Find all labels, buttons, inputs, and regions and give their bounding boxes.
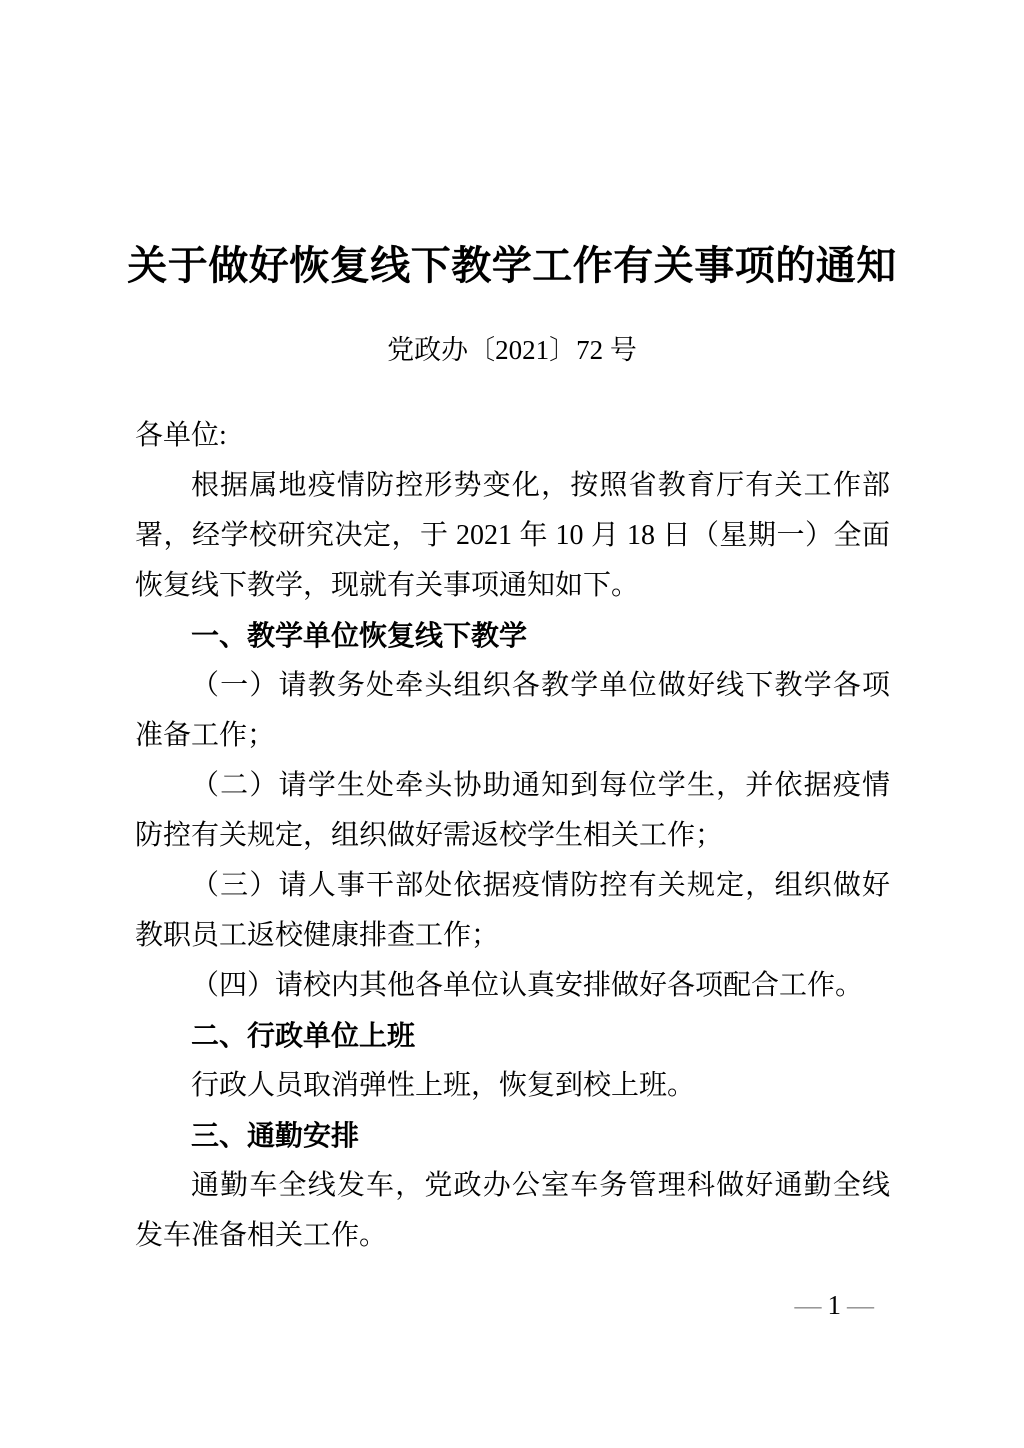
page-number: 1	[828, 1290, 842, 1320]
paragraph-intro: 根据属地疫情防控形势变化，按照省教育厅有关工作部署，经学校研究决定，于 2021…	[135, 461, 890, 611]
section-heading-2: 二、行政单位上班	[135, 1011, 890, 1061]
footer-dash-left: —	[789, 1290, 828, 1320]
paragraph-item-4: （四）请校内其他各单位认真安排做好各项配合工作。	[135, 961, 890, 1011]
section-heading-1: 一、教学单位恢复线下教学	[135, 611, 890, 661]
paragraph-section-3: 通勤车全线发车，党政办公室车务管理科做好通勤全线发车准备相关工作。	[135, 1161, 890, 1261]
page-footer: —1—	[789, 1290, 881, 1320]
paragraph-item-1: （一）请教务处牵头组织各教学单位做好线下教学各项准备工作；	[135, 661, 890, 761]
paragraph-item-3: （三）请人事干部处依据疫情防控有关规定，组织做好教职员工返校健康排查工作；	[135, 861, 890, 961]
paragraph-section-2: 行政人员取消弹性上班，恢复到校上班。	[135, 1061, 890, 1111]
document-body: 各单位: 根据属地疫情防控形势变化，按照省教育厅有关工作部署，经学校研究决定，于…	[135, 411, 890, 1261]
section-heading-3: 三、通勤安排	[135, 1111, 890, 1161]
document-number: 党政办〔2021〕72 号	[0, 334, 1024, 366]
salutation: 各单位:	[135, 411, 890, 461]
paragraph-item-2: （二）请学生处牵头协助通知到每位学生，并依据疫情防控有关规定，组织做好需返校学生…	[135, 761, 890, 861]
footer-dash-right: —	[841, 1290, 880, 1320]
document-title: 关于做好恢复线下教学工作有关事项的通知	[0, 0, 1024, 292]
document-page: 关于做好恢复线下教学工作有关事项的通知 党政办〔2021〕72 号 各单位: 根…	[0, 0, 1024, 1448]
